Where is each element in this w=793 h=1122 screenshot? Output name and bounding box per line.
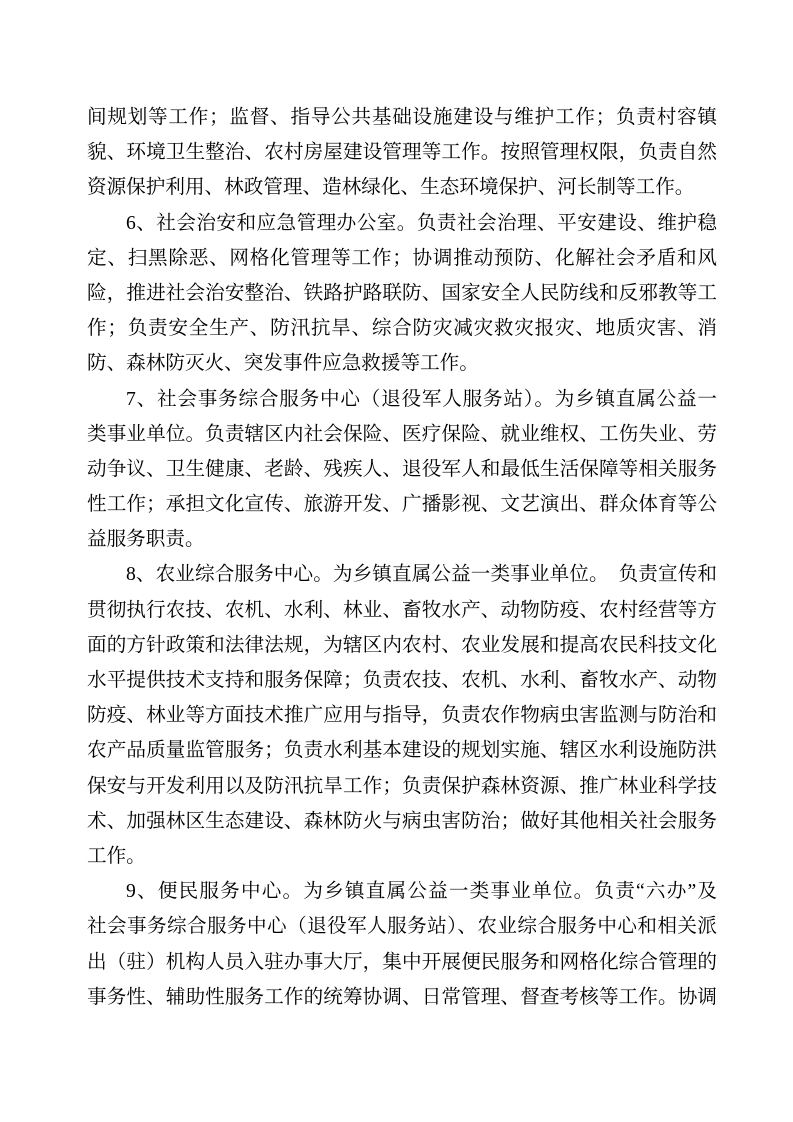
paragraph-item-9: 9、便民服务中心。为乡镇直属公益一类事业单位。负责“六办”及社会事务综合服务中心… (87, 874, 717, 1015)
text-line: 贯彻执行农技、农机、水利、林业、畜牧水产、动物防疫、农村经营等方 (87, 593, 717, 628)
text-line: 6、社会治安和应急管理办公室。负责社会治理、平安建设、维护稳 (87, 206, 717, 241)
paragraph-continuation: 间规划等工作；监督、指导公共基础设施建设与维护工作；负责村容镇貌、环境卫生整治、… (87, 100, 717, 206)
text-line: 性工作；承担文化宣传、旅游开发、广播影视、文艺演出、群众体育等公 (87, 487, 717, 522)
paragraph-item-8: 8、农业综合服务中心。为乡镇直属公益一类事业单位。 负责宣传和贯彻执行农技、农机… (87, 557, 717, 874)
text-line: 工作。 (87, 839, 717, 874)
text-line: 9、便民服务中心。为乡镇直属公益一类事业单位。负责“六办”及 (87, 874, 717, 909)
page-content: 间规划等工作；监督、指导公共基础设施建设与维护工作；负责村容镇貌、环境卫生整治、… (87, 100, 717, 1015)
text-line: 防、森林防灭火、突发事件应急救援等工作。 (87, 346, 717, 381)
paragraph-item-6: 6、社会治安和应急管理办公室。负责社会治理、平安建设、维护稳定、扫黑除恶、网格化… (87, 206, 717, 382)
text-line: 保安与开发利用以及防汛抗旱工作；负责保护森林资源、推广林业科学技 (87, 769, 717, 804)
text-line: 间规划等工作；监督、指导公共基础设施建设与维护工作；负责村容镇 (87, 100, 717, 135)
text-line: 7、社会事务综合服务中心（退役军人服务站）。为乡镇直属公益一 (87, 382, 717, 417)
text-line: 险，推进社会治安整治、铁路护路联防、国家安全人民防线和反邪教等工 (87, 276, 717, 311)
text-line: 出（驻）机构人员入驻办事大厅，集中开展便民服务和网格化综合管理的 (87, 945, 717, 980)
text-line: 资源保护利用、林政管理、造林绿化、生态环境保护、河长制等工作。 (87, 170, 717, 205)
text-line: 作；负责安全生产、防汛抗旱、综合防灾减灾救灾报灾、地质灾害、消 (87, 311, 717, 346)
text-line: 动争议、卫生健康、老龄、残疾人、退役军人和最低生活保障等相关服务 (87, 452, 717, 487)
text-line: 貌、环境卫生整治、农村房屋建设管理等工作。按照管理权限，负责自然 (87, 135, 717, 170)
paragraph-item-7: 7、社会事务综合服务中心（退役军人服务站）。为乡镇直属公益一类事业单位。负责辖区… (87, 382, 717, 558)
text-line: 定、扫黑除恶、网格化管理等工作；协调推动预防、化解社会矛盾和风 (87, 241, 717, 276)
text-line: 术、加强林区生态建设、森林防火与病虫害防治；做好其他相关社会服务 (87, 804, 717, 839)
text-line: 益服务职责。 (87, 522, 717, 557)
text-line: 类事业单位。负责辖区内社会保险、医疗保险、就业维权、工伤失业、劳 (87, 417, 717, 452)
text-line: 事务性、辅助性服务工作的统筹协调、日常管理、督查考核等工作。协调 (87, 980, 717, 1015)
text-line: 农产品质量监管服务；负责水利基本建设的规划实施、辖区水利设施防洪 (87, 733, 717, 768)
text-line: 面的方针政策和法律法规，为辖区内农村、农业发展和提高农民科技文化 (87, 628, 717, 663)
text-line: 防疫、林业等方面技术推广应用与指导，负责农作物病虫害监测与防治和 (87, 698, 717, 733)
text-line: 8、农业综合服务中心。为乡镇直属公益一类事业单位。 负责宣传和 (87, 557, 717, 592)
text-line: 水平提供技术支持和服务保障；负责农技、农机、水利、畜牧水产、动物 (87, 663, 717, 698)
document-page: 间规划等工作；监督、指导公共基础设施建设与维护工作；负责村容镇貌、环境卫生整治、… (0, 0, 793, 1122)
text-line: 社会事务综合服务中心（退役军人服务站）、农业综合服务中心和相关派 (87, 909, 717, 944)
